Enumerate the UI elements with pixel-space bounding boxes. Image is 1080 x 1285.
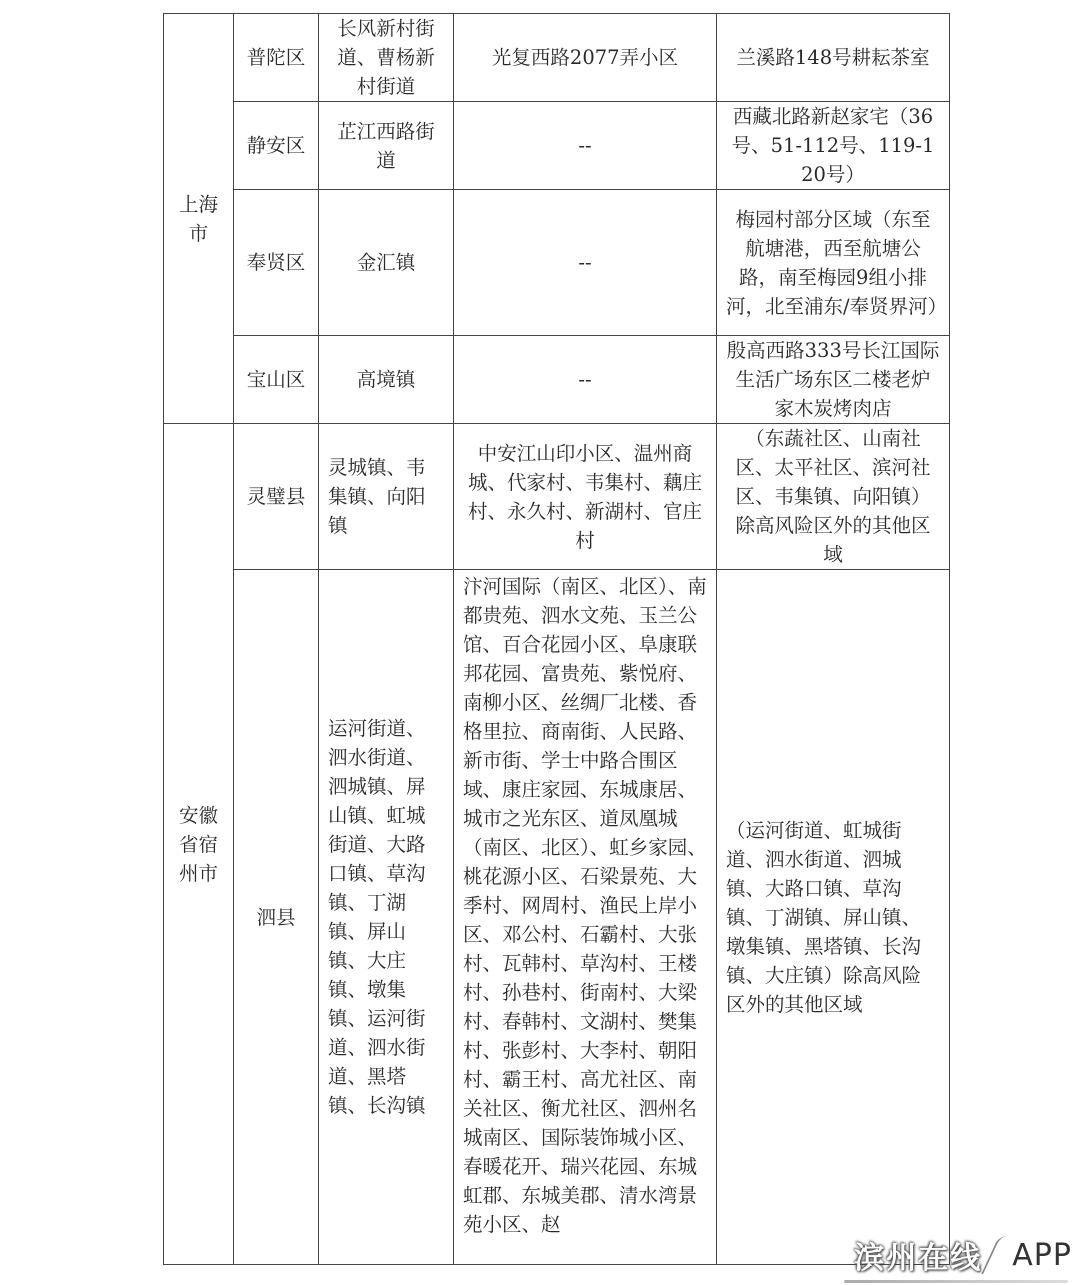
streets-cell: 金汇镇 bbox=[319, 190, 454, 336]
low-risk-cell: 梅园村部分区域（东至航塘港，西至航塘公路，南至梅园9组小排河，北至浦东/奉贤界河… bbox=[717, 190, 950, 336]
district-cell: 奉贤区 bbox=[234, 190, 319, 336]
streets-cell: 芷江西路街道 bbox=[319, 102, 454, 190]
table-row: 奉贤区 金汇镇 -- 梅园村部分区域（东至航塘港，西至航塘公路，南至梅园9组小排… bbox=[164, 190, 950, 336]
district-cell: 宝山区 bbox=[234, 336, 319, 424]
watermark-brand: 滨州在线 bbox=[854, 1233, 982, 1277]
risk-area-table: 上海市 普陀区 长风新村街道、曹杨新村街道 光复西路2077弄小区 兰溪路148… bbox=[163, 13, 950, 1265]
table-row: 宝山区 高境镇 -- 殷高西路333号长江国际生活广场东区二楼老炉家木炭烤肉店 bbox=[164, 336, 950, 424]
city-cell: 上海市 bbox=[164, 14, 234, 424]
streets-cell: 长风新村街道、曹杨新村街道 bbox=[319, 14, 454, 102]
medium-risk-cell: 中安江山印小区、温州商城、代家村、韦集村、藕庄村、永久村、新湖村、官庄村 bbox=[454, 424, 717, 570]
low-risk-cell: 西藏北路新赵家宅（36号、51-112号、119-120号） bbox=[717, 102, 950, 190]
streets-cell: 运河街道、泗水街道、泗城镇、屏山镇、虹城街道、大路口镇、草沟镇、丁湖镇、屏山镇、… bbox=[319, 570, 454, 1265]
district-cell: 灵璧县 bbox=[234, 424, 319, 570]
table-row: 上海市 普陀区 长风新村街道、曹杨新村街道 光复西路2077弄小区 兰溪路148… bbox=[164, 14, 950, 102]
district-cell: 泗县 bbox=[234, 570, 319, 1265]
low-risk-cell: （运河街道、虹城街道、泗水街道、泗城镇、大路口镇、草沟镇、丁湖镇、屏山镇、墩集镇… bbox=[717, 570, 950, 1265]
table-row: 安徽省宿州市 灵璧县 灵城镇、韦集镇、向阳镇 中安江山印小区、温州商城、代家村、… bbox=[164, 424, 950, 570]
streets-cell: 高境镇 bbox=[319, 336, 454, 424]
medium-risk-cell: -- bbox=[454, 102, 717, 190]
city-cell: 安徽省宿州市 bbox=[164, 424, 234, 1265]
swoosh-underline-icon bbox=[844, 1280, 1068, 1283]
table-row: 泗县 运河街道、泗水街道、泗城镇、屏山镇、虹城街道、大路口镇、草沟镇、丁湖镇、屏… bbox=[164, 570, 950, 1265]
medium-risk-cell: 汴河国际（南区、北区）、南都贵苑、泗水文苑、玉兰公馆、百合花园小区、阜康联邦花园… bbox=[454, 570, 717, 1265]
watermark-logo: 滨州在线 APP bbox=[854, 1233, 1072, 1277]
district-cell: 普陀区 bbox=[234, 14, 319, 102]
low-risk-cell: （东蔬社区、山南社区、太平社区、滨河社区、韦集镇、向阳镇）除高风险区外的其他区域 bbox=[717, 424, 950, 570]
low-risk-cell: 殷高西路333号长江国际生活广场东区二楼老炉家木炭烤肉店 bbox=[717, 336, 950, 424]
medium-risk-cell: -- bbox=[454, 336, 717, 424]
medium-risk-cell: -- bbox=[454, 190, 717, 336]
low-risk-cell: 兰溪路148号耕耘茶室 bbox=[717, 14, 950, 102]
watermark-suffix: APP bbox=[1012, 1238, 1072, 1273]
medium-risk-cell: 光复西路2077弄小区 bbox=[454, 14, 717, 102]
district-cell: 静安区 bbox=[234, 102, 319, 190]
table-row: 静安区 芷江西路街道 -- 西藏北路新赵家宅（36号、51-112号、119-1… bbox=[164, 102, 950, 190]
streets-cell: 灵城镇、韦集镇、向阳镇 bbox=[319, 424, 454, 570]
